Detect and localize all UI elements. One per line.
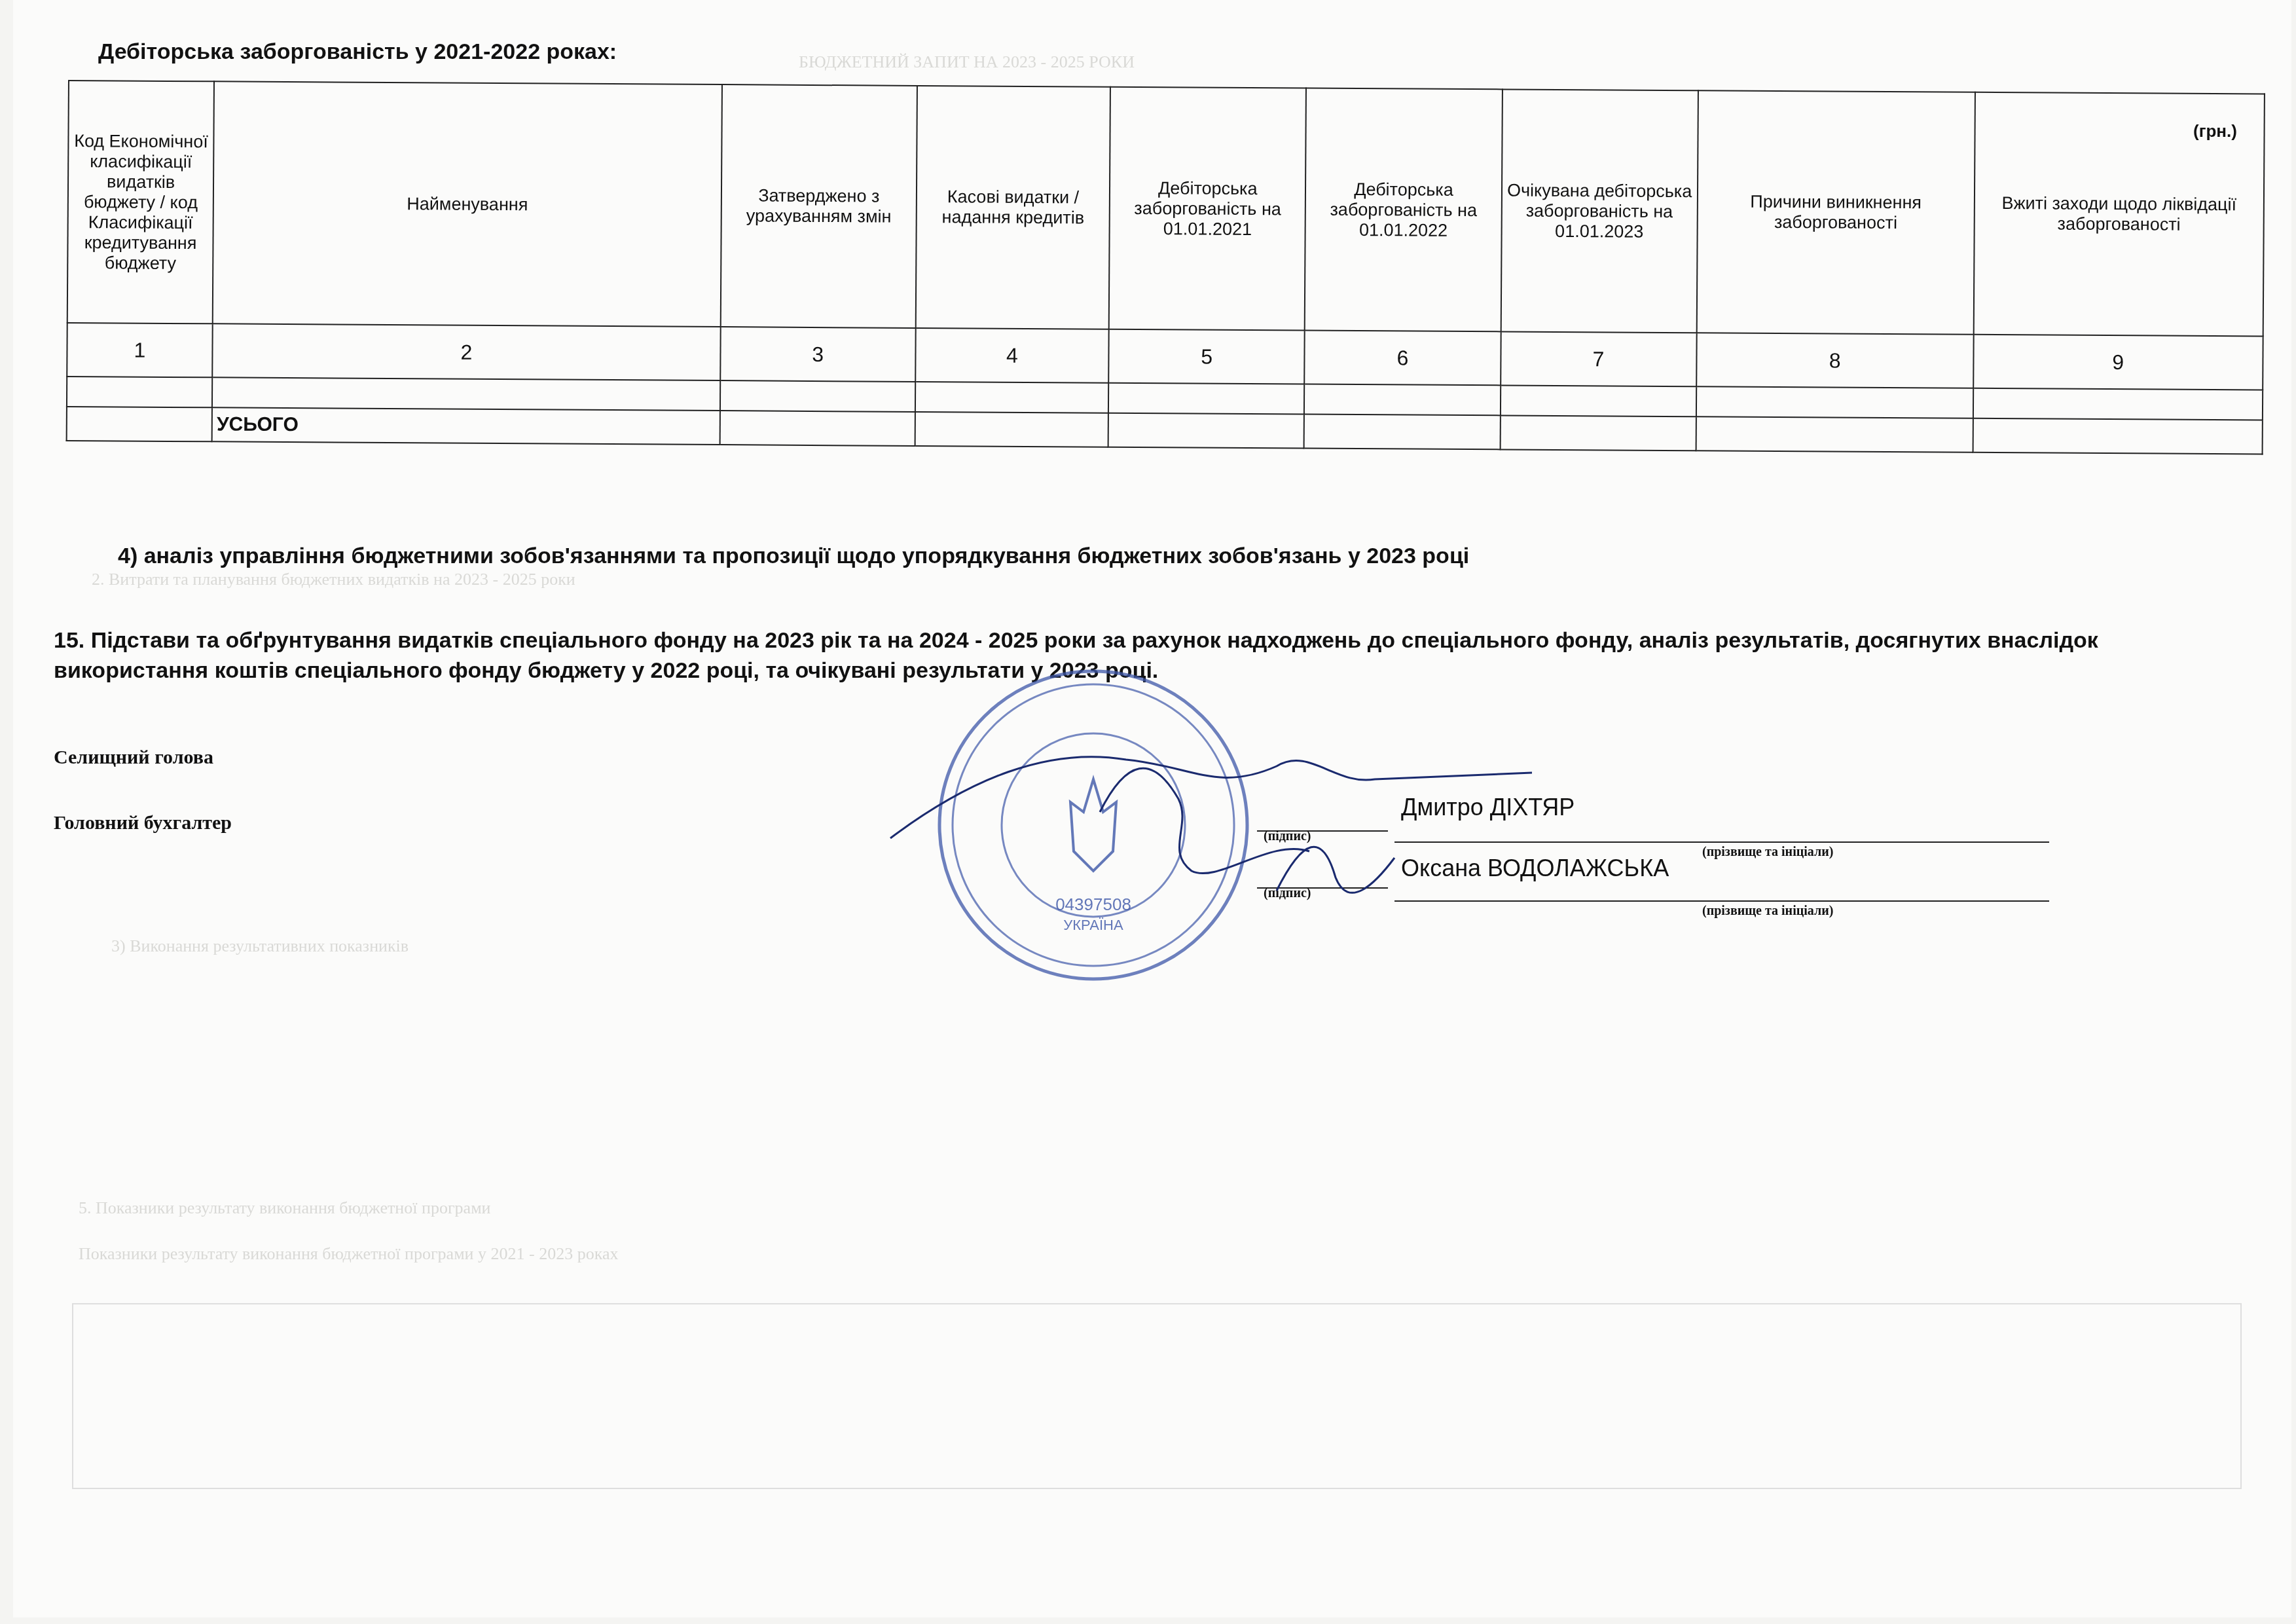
debt-heading: Дебіторська заборгованість у 2021-2022 р… bbox=[98, 39, 617, 65]
col-num: 8 bbox=[1696, 333, 1974, 388]
bleed-through-text: БЮДЖЕТНИЙ ЗАПИТ НА 2023 - 2025 РОКИ bbox=[799, 52, 1135, 72]
receivables-table: Код Економічної класифікації видатків бю… bbox=[66, 80, 2265, 454]
header-debt-2023: Очікувана дебіторська заборгованість на … bbox=[1501, 89, 1698, 333]
col-num: 4 bbox=[915, 328, 1109, 383]
head-name-hint: (прізвище та ініціали) bbox=[1702, 845, 1833, 860]
header-code: Код Економічної класифікації видатків бю… bbox=[67, 81, 214, 323]
col-num: 1 bbox=[67, 323, 213, 377]
header-cash-expenses: Касові видатки / надання кредитів bbox=[916, 86, 1111, 329]
signature-scribble-icon bbox=[851, 720, 1571, 930]
col-num: 2 bbox=[212, 323, 720, 380]
accountant-name-hint: (прізвище та ініціали) bbox=[1702, 904, 1833, 919]
header-debt-2021: Дебіторська заборгованість на 01.01.2021 bbox=[1109, 87, 1306, 331]
col-num: 7 bbox=[1501, 331, 1697, 386]
header-approved: Затверджено з урахуванням змін bbox=[720, 84, 917, 328]
bleed-through-text: 2. Витрати та планування бюджетних видат… bbox=[92, 570, 575, 589]
header-debt-2022: Дебіторська заборгованість на 01.01.2022 bbox=[1305, 88, 1502, 332]
bleed-through-text: 3) Виконання результативних показників bbox=[111, 936, 409, 956]
accountant-title: Головний бухгалтер bbox=[54, 812, 232, 834]
item-4-text: 4) аналіз управління бюджетними зобов'яз… bbox=[118, 544, 1469, 569]
bleed-through-text: 5. Показники результату виконання бюджет… bbox=[79, 1198, 491, 1218]
header-name: Найменування bbox=[213, 81, 722, 327]
col-num: 6 bbox=[1305, 331, 1501, 386]
col-num: 5 bbox=[1108, 329, 1305, 384]
head-title: Селищний голова bbox=[54, 747, 213, 769]
header-reasons: Причини виникнення заборгованості bbox=[1696, 90, 1975, 335]
total-label: УСЬОГО bbox=[212, 407, 720, 445]
col-num: 3 bbox=[720, 327, 916, 382]
col-num: 9 bbox=[1973, 335, 2263, 390]
document-page: БЮДЖЕТНИЙ ЗАПИТ НА 2023 - 2025 РОКИ 2. В… bbox=[13, 0, 2291, 1617]
bleed-through-table bbox=[72, 1303, 2242, 1489]
bleed-through-text: Показники результату виконання бюджетної… bbox=[79, 1244, 618, 1264]
table-header-row: Код Економічної класифікації видатків бю… bbox=[67, 81, 2265, 336]
units-label: (грн.) bbox=[2193, 121, 2237, 141]
